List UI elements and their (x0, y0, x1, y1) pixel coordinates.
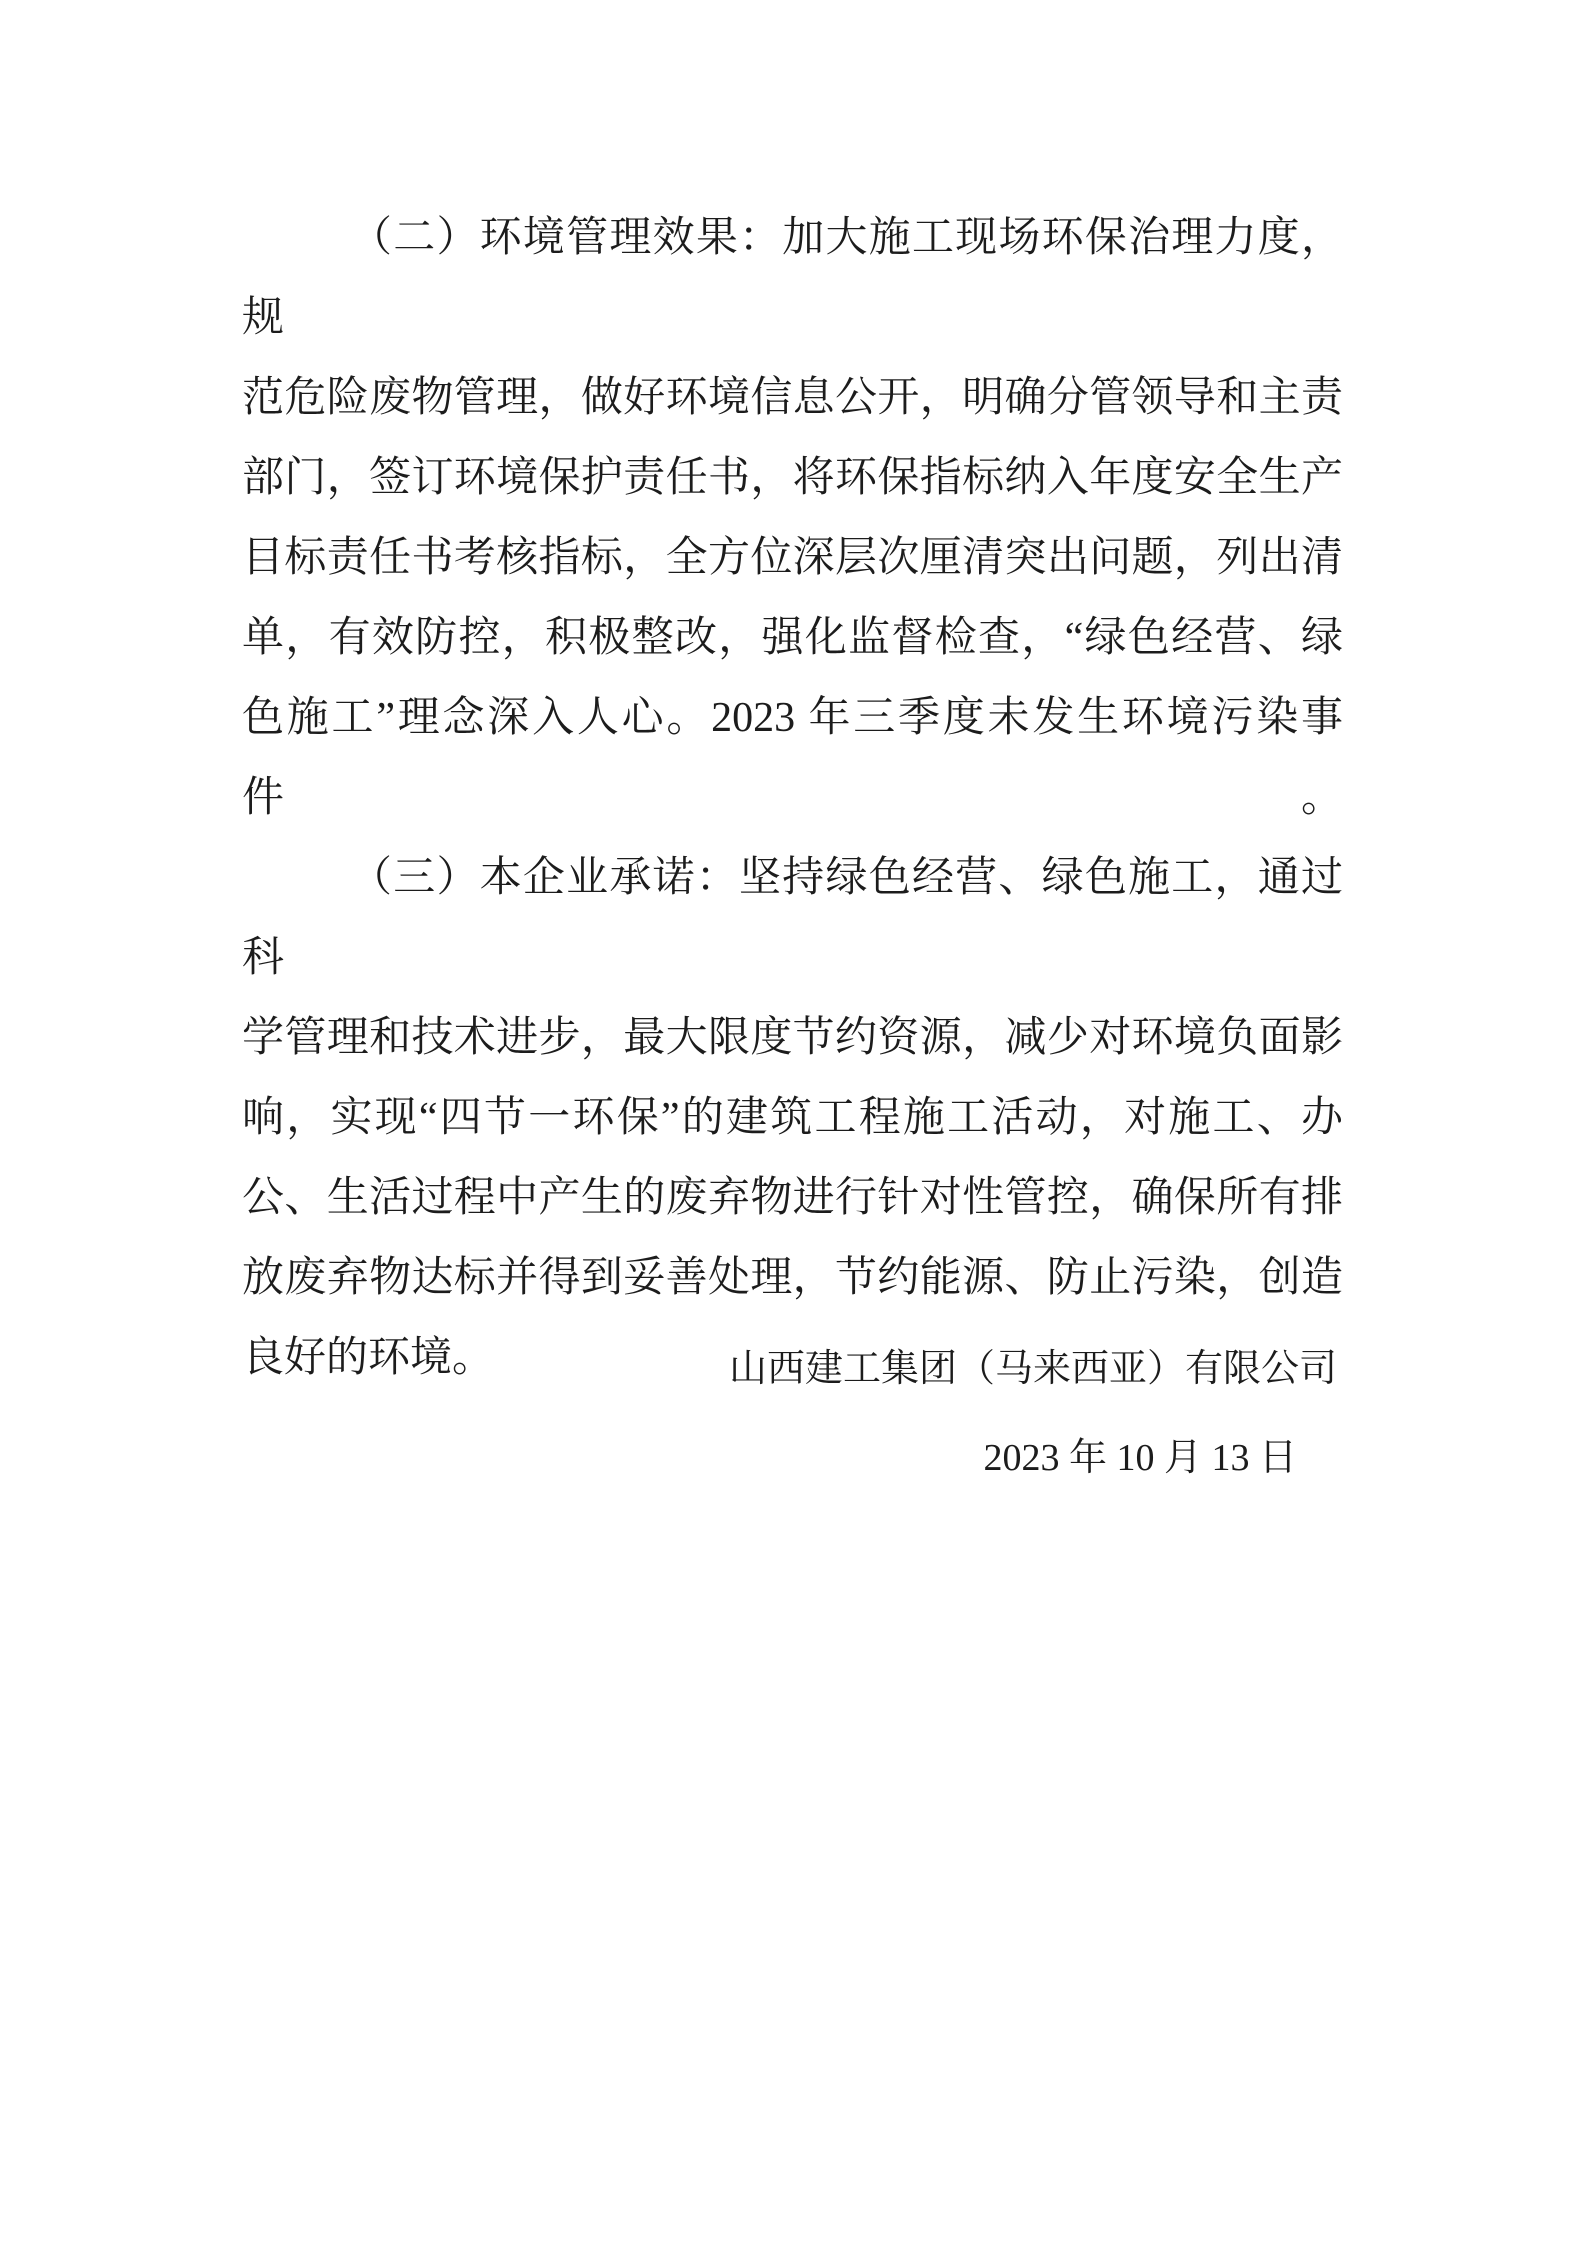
paragraph-2-line-6: 色施工”理念深入人心。2023 年三季度未发生环境污染事件。 (242, 678, 1343, 838)
paragraph-2-line-1: （二）环境管理效果：加大施工现场环保治理力度，规 (242, 198, 1343, 358)
paragraph-2-line-3: 部门，签订环境保护责任书，将环保指标纳入年度安全生产 (242, 438, 1343, 518)
paragraph-2-line-2: 范危险废物管理，做好环境信息公开，明确分管领导和主责 (242, 358, 1343, 438)
document-page: （二）环境管理效果：加大施工现场环保治理力度，规 范危险废物管理，做好环境信息公… (0, 0, 1587, 2245)
document-body: （二）环境管理效果：加大施工现场环保治理力度，规 范危险废物管理，做好环境信息公… (242, 198, 1343, 1398)
signature-date: 2023 年 10 月 13 日 (983, 1418, 1297, 1498)
paragraph-3-line-4: 公、生活过程中产生的废弃物进行针对性管控，确保所有排 (242, 1158, 1343, 1238)
paragraph-2-line-4: 目标责任书考核指标，全方位深层次厘清突出问题，列出清 (242, 518, 1343, 598)
paragraph-3-line-3: 响，实现“四节一环保”的建筑工程施工活动，对施工、办 (242, 1078, 1343, 1158)
paragraph-2-line-5: 单，有效防控，积极整改，强化监督检查，“绿色经营、绿 (242, 598, 1343, 678)
signature-company: 山西建工集团（马来西亚）有限公司 (729, 1329, 1337, 1409)
paragraph-3-line-2: 学管理和技术进步，最大限度节约资源，减少对环境负面影 (242, 998, 1343, 1078)
paragraph-3-line-1: （三）本企业承诺：坚持绿色经营、绿色施工，通过科 (242, 838, 1343, 998)
paragraph-3-line-5: 放废弃物达标并得到妥善处理，节约能源、防止污染，创造 (242, 1238, 1343, 1318)
